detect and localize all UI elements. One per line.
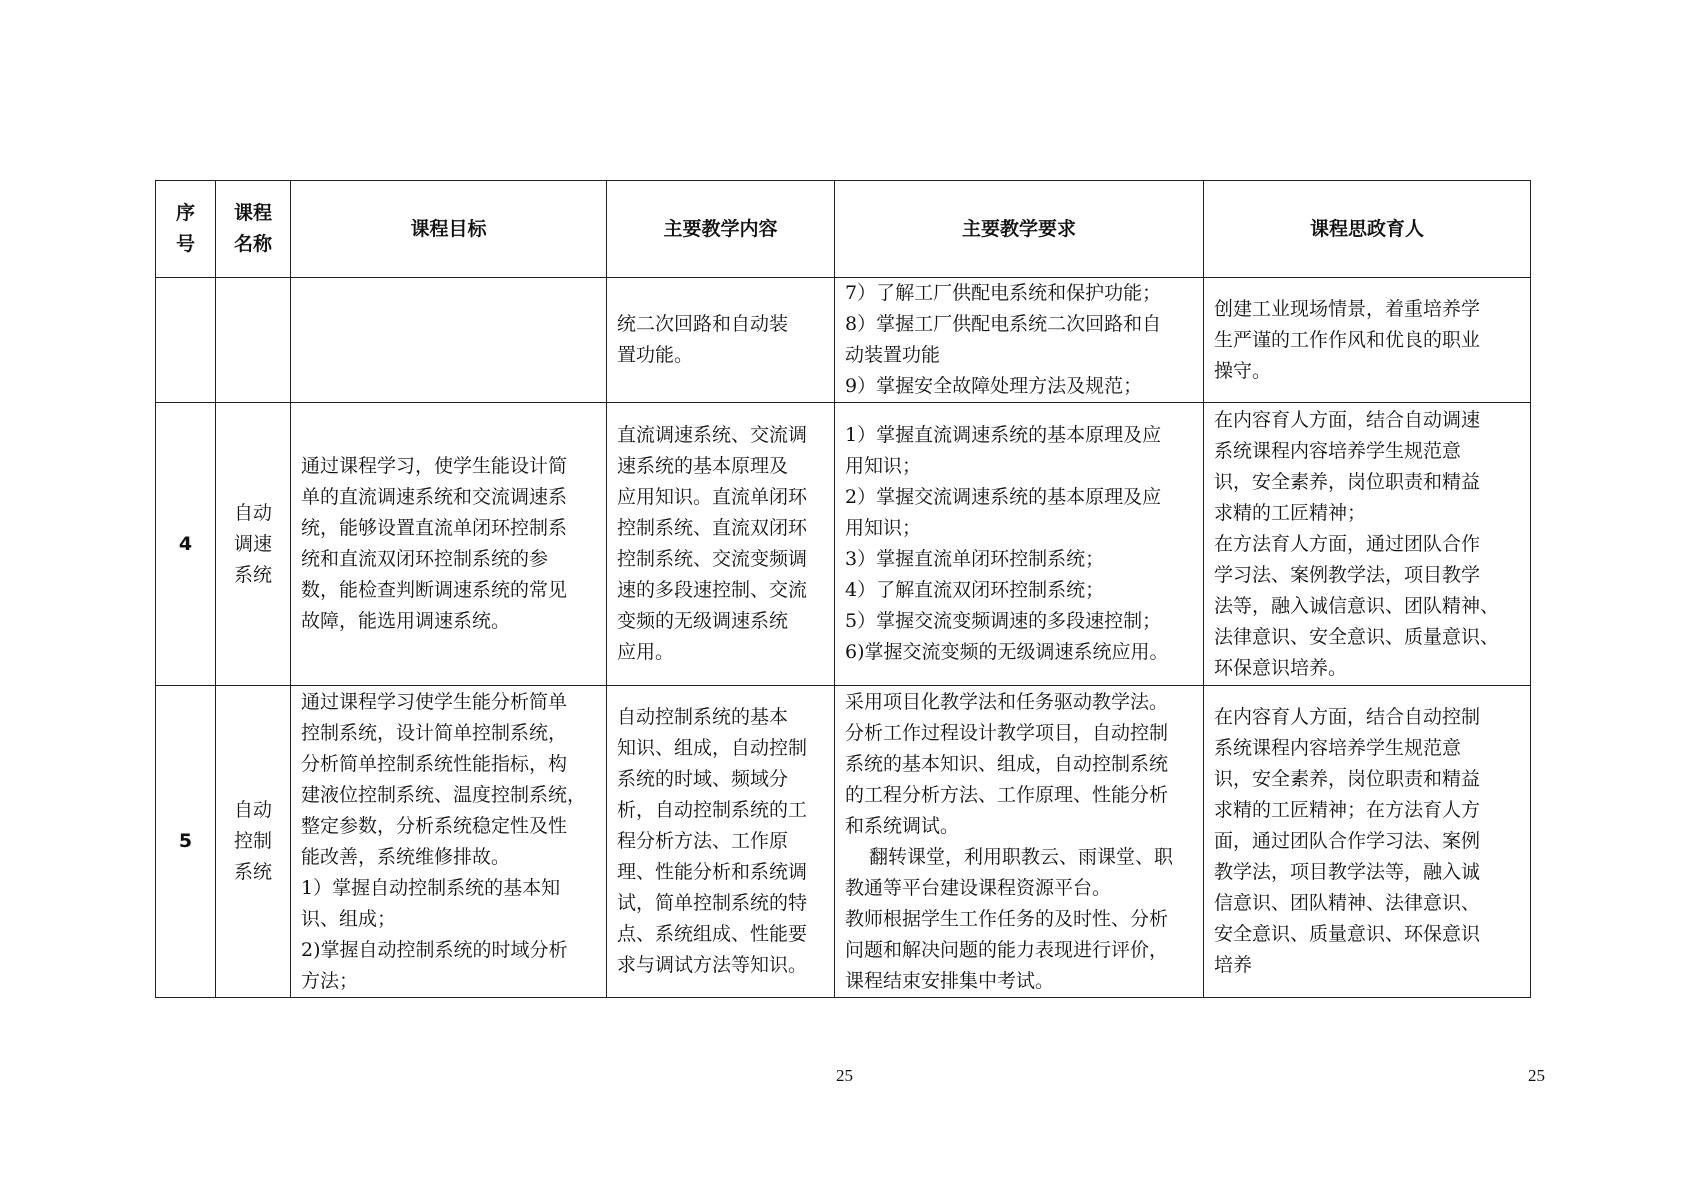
text-line: 自动控制系统的基本 [617,702,824,733]
header-seq: 序 号 [156,181,216,278]
text-line: 安全意识、质量意识、环保意识 [1214,919,1520,950]
course-table: 序 号 课程 名称 课程目标 主要教学内容 主要教学要求 课程思政育人 统二次回… [155,180,1531,998]
header-main-requirements: 主要教学要求 [835,181,1204,278]
text-line: 知识、组成，自动控制 [617,733,824,764]
text-line: 系统课程内容培养学生规范意 [1214,436,1520,467]
text-line: 培养 [1214,950,1520,981]
text-line: 置功能。 [617,340,824,371]
text-line: 分析工作过程设计教学项目，自动控制 [845,718,1193,749]
text-line: 在内容育人方面，结合自动调速 [1214,405,1520,436]
text-line: 生严谨的工作作风和优良的职业 [1214,325,1520,356]
text-line: 自动 [226,498,280,529]
header-main-content: 主要教学内容 [607,181,835,278]
row-seq: 4 [156,403,216,686]
header-seq-line: 序 [166,198,205,229]
text-line: 7）了解工厂供配电系统和保护功能； [845,278,1193,309]
header-seq-line: 号 [166,229,205,260]
document-page: 序 号 课程 名称 课程目标 主要教学内容 主要教学要求 课程思政育人 统二次回… [0,0,1684,1191]
text-line: 信意识、团队精神、法律意识、 [1214,888,1520,919]
text-line: 操守。 [1214,356,1520,387]
text-line: 统二次回路和自动装 [617,309,824,340]
table-header-row: 序 号 课程 名称 课程目标 主要教学内容 主要教学要求 课程思政育人 [156,181,1531,278]
row-course-name [216,278,291,403]
row-main-content: 直流调速系统、交流调 速系统的基本原理及 应用知识。直流单闭环 控制系统、直流双… [607,403,835,686]
text-line: 系统的基本知识、组成，自动控制系统 [845,749,1193,780]
row-ideology: 在内容育人方面，结合自动调速 系统课程内容培养学生规范意 识，安全素养，岗位职责… [1204,403,1531,686]
text-line: 求精的工匠精神；在方法育人方 [1214,795,1520,826]
text-line: 翻转课堂，利用职教云、雨课堂、职 [845,842,1193,873]
row-course-name: 自动 调速 系统 [216,403,291,686]
text-line: 控制系统、交流变频调 [617,544,824,575]
row-main-content: 统二次回路和自动装 置功能。 [607,278,835,403]
row-course-name: 自动 控制 系统 [216,686,291,998]
text-line: 试，简单控制系统的特 [617,888,824,919]
header-ideology: 课程思政育人 [1204,181,1531,278]
text-line: 直流调速系统、交流调 [617,420,824,451]
text-line: 用知识； [845,513,1193,544]
text-line: 3）掌握直流单闭环控制系统； [845,544,1193,575]
row-ideology: 创建工业现场情景，着重培养学 生严谨的工作作风和优良的职业 操守。 [1204,278,1531,403]
text-line: 4）了解直流双闭环控制系统； [845,575,1193,606]
table-row: 4 自动 调速 系统 通过课程学习，使学生能设计简 单的直流调速系统和交流调速系… [156,403,1531,686]
row-main-content: 自动控制系统的基本 知识、组成，自动控制 系统的时域、频域分 析，自动控制系统的… [607,686,835,998]
text-line: 控制 [226,826,280,857]
row-course-goal: 通过课程学习使学生能分析简单 控制系统，设计简单控制系统， 分析简单控制系统性能… [291,686,607,998]
text-line: 教学法，项目教学法等，融入诚 [1214,857,1520,888]
text-line: 6)掌握交流变频的无级调速系统应用。 [845,637,1193,668]
page-number-center: 25 [836,1066,853,1086]
header-course-name: 课程 名称 [216,181,291,278]
header-course-goal: 课程目标 [291,181,607,278]
row-main-requirements: 1）掌握直流调速系统的基本原理及应 用知识； 2）掌握交流调速系统的基本原理及应… [835,403,1204,686]
text-line: 8）掌握工厂供配电系统二次回路和自 [845,309,1193,340]
text-line: 和系统调试。 [845,811,1193,842]
text-line: 求精的工匠精神； [1214,498,1520,529]
text-line: 识，安全素养，岗位职责和精益 [1214,467,1520,498]
text-line: 统和直流双闭环控制系统的参 [301,544,596,575]
row-main-requirements: 采用项目化教学法和任务驱动教学法。 分析工作过程设计教学项目，自动控制 系统的基… [835,686,1204,998]
text-line: 教通等平台建设课程资源平台。 [845,873,1193,904]
row-course-goal [291,278,607,403]
text-line: 应用。 [617,637,824,668]
text-line: 课程结束安排集中考试。 [845,966,1193,997]
page-number-right: 25 [1528,1066,1545,1086]
text-line: 用知识； [845,451,1193,482]
text-line: 方法； [301,966,596,997]
text-line: 识、组成； [301,904,596,935]
text-line: 点、系统组成、性能要 [617,919,824,950]
text-line: 2）掌握交流调速系统的基本原理及应 [845,482,1193,513]
text-line: 动装置功能 [845,340,1193,371]
text-line: 自动 [226,795,280,826]
text-line: 系统 [226,857,280,888]
text-line: 法律意识、安全意识、质量意识、 [1214,622,1520,653]
text-line: 1）掌握自动控制系统的基本知 [301,873,596,904]
text-line: 速系统的基本原理及 [617,451,824,482]
text-line: 程分析方法、工作原 [617,826,824,857]
text-line: 法等，融入诚信意识、团队精神、 [1214,591,1520,622]
text-line: 数，能检查判断调速系统的常见 [301,575,596,606]
row-seq: 5 [156,686,216,998]
text-line: 9）掌握安全故障处理方法及规范； [845,371,1193,402]
table-row: 统二次回路和自动装 置功能。 7）了解工厂供配电系统和保护功能； 8）掌握工厂供… [156,278,1531,403]
row-ideology: 在内容育人方面，结合自动控制 系统课程内容培养学生规范意 识，安全素养，岗位职责… [1204,686,1531,998]
text-line: 求与调试方法等知识。 [617,950,824,981]
text-line: 通过课程学习，使学生能设计简 [301,451,596,482]
text-line: 问题和解决问题的能力表现进行评价， [845,935,1193,966]
text-line: 面，通过团队合作学习法、案例 [1214,826,1520,857]
table-row: 5 自动 控制 系统 通过课程学习使学生能分析简单 控制系统，设计简单控制系统，… [156,686,1531,998]
text-line: 控制系统、直流双闭环 [617,513,824,544]
row-main-requirements: 7）了解工厂供配电系统和保护功能； 8）掌握工厂供配电系统二次回路和自 动装置功… [835,278,1204,403]
text-line: 能改善，系统维修排故。 [301,842,596,873]
row-course-goal: 通过课程学习，使学生能设计简 单的直流调速系统和交流调速系 统，能够设置直流单闭… [291,403,607,686]
text-line: 系统的时域、频域分 [617,764,824,795]
text-line: 速的多段速控制、交流 [617,575,824,606]
text-line: 变频的无级调速系统 [617,606,824,637]
text-line: 在方法育人方面，通过团队合作 [1214,529,1520,560]
text-line: 环保意识培养。 [1214,653,1520,684]
header-name-line: 名称 [226,229,280,260]
text-line: 采用项目化教学法和任务驱动教学法。 [845,687,1193,718]
text-line: 析，自动控制系统的工 [617,795,824,826]
text-line: 通过课程学习使学生能分析简单 [301,687,596,718]
text-line: 教师根据学生工作任务的及时性、分析 [845,904,1193,935]
text-line: 5）掌握交流变频调速的多段速控制； [845,606,1193,637]
text-line: 调速 [226,529,280,560]
text-line: 控制系统，设计简单控制系统， [301,718,596,749]
header-name-line: 课程 [226,198,280,229]
text-line: 学习法、案例教学法，项目教学 [1214,560,1520,591]
text-line: 2)掌握自动控制系统的时域分析 [301,935,596,966]
text-line: 识，安全素养，岗位职责和精益 [1214,764,1520,795]
text-line: 统，能够设置直流单闭环控制系 [301,513,596,544]
text-line: 整定参数，分析系统稳定性及性 [301,811,596,842]
text-line: 1）掌握直流调速系统的基本原理及应 [845,420,1193,451]
text-line: 创建工业现场情景，着重培养学 [1214,294,1520,325]
text-line: 单的直流调速系统和交流调速系 [301,482,596,513]
text-line: 系统课程内容培养学生规范意 [1214,733,1520,764]
text-line: 应用知识。直流单闭环 [617,482,824,513]
row-seq [156,278,216,403]
text-line: 在内容育人方面，结合自动控制 [1214,702,1520,733]
text-line: 建液位控制系统、温度控制系统， [301,780,596,811]
text-line: 分析简单控制系统性能指标，构 [301,749,596,780]
text-line: 的工程分析方法、工作原理、性能分析 [845,780,1193,811]
text-line: 系统 [226,560,280,591]
text-line: 理、性能分析和系统调 [617,857,824,888]
text-line: 故障，能选用调速系统。 [301,606,596,637]
